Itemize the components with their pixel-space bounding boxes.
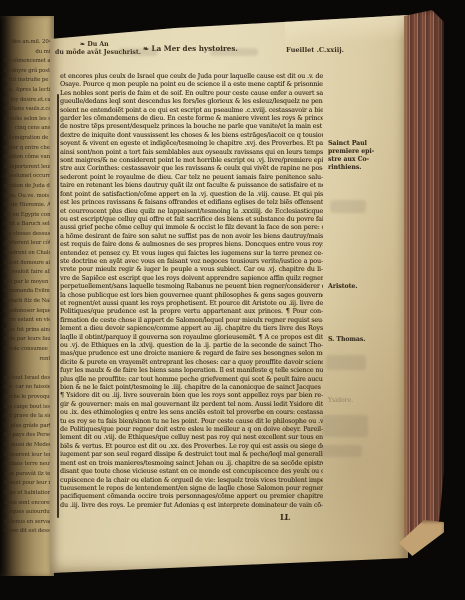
body-text-line: iugement par son seul regard dissipe & d… (60, 451, 323, 459)
main-page: ❧ Du An du mõde avãt Jesuchrist. ❧ La Me… (50, 12, 408, 576)
body-text-line: perpetuellement/sans laquelle tesmoing R… (60, 283, 323, 291)
facing-text-fragment (4, 364, 52, 374)
facing-text-fragment: rent a Baruch selon (4, 220, 52, 230)
body-text-line: stre aux Corinthes: cestassavoir que les… (60, 165, 323, 173)
body-text-line: du .iij. livre des roys. Le premier fut … (60, 502, 323, 510)
facing-text-fragment: ainsi sont encores (4, 499, 52, 509)
margin-note-line: S. Thomas. (328, 336, 384, 344)
facing-text-fragment: lans. Ou.ve. mois le (4, 192, 52, 202)
body-text-line: soient ne entendoiẽt point a ce qui est … (60, 107, 323, 115)
body-text-line: taire en retenant les biens dautruy quãt… (60, 182, 323, 190)
facing-text-fragment: absolumet occurret (4, 172, 52, 182)
book-photo: des an.mil. 204du milen cõmencemet a fut… (0, 0, 465, 600)
facing-text-fragment: rent. (4, 355, 52, 365)
facing-text-fragment: remõis selon les sai. (4, 115, 52, 125)
facing-text-fragment: chodonosor lequel (4, 307, 52, 317)
body-text-line: garder les cõmandemens de dieu. En ceste… (60, 115, 323, 123)
margin-notes: Sainct Paulpremiere epi-stre aux Co-rint… (328, 12, 384, 576)
facing-text-fragment: et aussi de Medee a (4, 441, 52, 451)
facing-text-fragment: noie par leurs faulx (4, 335, 52, 345)
facing-text-fragment: etroie consumee pi. (4, 345, 52, 355)
body-text-line: la chose publicque est lors bien gouvern… (60, 292, 323, 300)
margin-note-line: Sainct Paul (328, 140, 384, 148)
body-text-line: soyent & vivent en egeste et indigẽce/te… (60, 140, 323, 148)
quire-signature: LL (280, 512, 289, 522)
body-text-line: de nostre tẽps present/desquelz princes … (60, 123, 323, 131)
body-text-line: laqlle il obtint/parquoy il gouverna son… (60, 334, 323, 342)
body-text-line: bien & ne le faict point/tesmoing le .ii… (60, 384, 323, 392)
body-text-line: cupiscence de la chair ou elation & orgu… (60, 477, 323, 485)
body-text-line: ou .vj. de Ethiques en la .xlvij. questi… (60, 342, 323, 350)
body-text-line: vre de Sapiẽce est escript que les roys … (60, 275, 323, 283)
facing-text-fragment: re vouloit faire allia (4, 268, 52, 278)
body-text-line: sont maigres/& ne considerent point le m… (60, 157, 323, 165)
facing-text-fragment: re de Hieremie. Apr (4, 201, 52, 211)
body-text-line: lement a dieu devoir sapience/comme appe… (60, 325, 323, 333)
facing-text-fragment: dedans terre neuve (4, 460, 52, 470)
facing-text-fragment: la plus grãde partie (4, 422, 52, 432)
facing-text-fragment: ce doyre grã postes (4, 67, 52, 77)
body-text-line: dicite & purete en vrayemẽt entreprant l… (60, 359, 323, 367)
fore-edge-pages (404, 10, 444, 550)
facing-text-fragment: cinq cens ans. (4, 124, 52, 134)
margin-note: Sainct Paulpremiere epi-stre aux Co-rint… (328, 140, 384, 172)
facing-text-fragment: ple: car no faisoiet (4, 383, 52, 393)
body-text-line: lement dit ou .viij. de Ethiques/que cel… (60, 434, 323, 442)
body-text-line: vrete pour mieulx regir & iuger le peupl… (60, 266, 323, 274)
margin-note-line: Ysidore. (328, 397, 384, 405)
facing-text-fragment: du mil (4, 48, 52, 58)
body-text-line: ¶ Ysidore dit ou .iij. livre souverain b… (60, 392, 323, 400)
facing-text-fragment: laisserent leur terre (4, 451, 52, 461)
facing-text-fragment: pere estant en vie et (4, 316, 52, 326)
body-text-line: gueulle/dedans leql sont descendus les f… (60, 98, 323, 106)
body-text-line: aussi grief peche cõme celluy qui immole… (60, 224, 323, 232)
margin-note: Ysidore. (328, 397, 384, 405)
facing-text-fragment: est grave de la siche (4, 412, 52, 422)
body-text-line: tueusement le repos de lentendement/en s… (60, 485, 323, 493)
running-header-title: ❧ La Mer des hystoires. (143, 44, 238, 53)
facing-text-fragment: que paravãt ilz te. (4, 470, 52, 480)
body-text-line: ste doctrine en ayãt avec vous en faisan… (60, 258, 323, 266)
facing-text-fragment: les choses dessusdi. (4, 230, 52, 240)
body-text-line: Politiques/que prudence est la propre ve… (60, 308, 323, 316)
facing-text-fragment: lite. Apres la lectiõ (4, 86, 52, 96)
body-text-line: a hõme desirant de faire son salut ne su… (60, 233, 323, 241)
facing-text-fragment: fist par le moyen de (4, 278, 52, 288)
facing-text-fragment: porterent leur cõtre (4, 239, 52, 249)
body-text-line: font point de satisfaction/cõme appert e… (60, 191, 323, 199)
facing-text-fragment: peche le provoquoi. (4, 393, 52, 403)
facing-text-fragment: gration de Juda de (4, 182, 52, 192)
margin-note-line: rinthiens. (328, 164, 384, 172)
body-text-line: firmation de ceste chose il appert de Sa… (60, 317, 323, 325)
body-text-line: est requis de faire dons & aulmosnes de … (60, 241, 323, 249)
facing-text-fragment: ma caige bout issoit (4, 403, 52, 413)
facing-text-fragment: uindrent en Chalde (4, 249, 52, 259)
body-text-line: fuyr les maulx & de faire les biens sans… (60, 367, 323, 375)
facing-text-fragment: en cõmencemet a fut (4, 57, 52, 67)
facing-text-fragment: rodach filz de Nabu (4, 297, 52, 307)
gutter-crease (57, 94, 59, 518)
body-text-line: disant que toute chose vicieuse estant e… (60, 468, 323, 476)
body-text-line: Osaye. Pource q mon peuple na point eu d… (60, 81, 323, 89)
body-text-line: et courroucent plus dieu quilz ne lappai… (60, 208, 323, 216)
body-text-line: plus qlle ne prouffite: car tout homme p… (60, 376, 323, 384)
facing-text-fragment: de tout Israel desia (4, 374, 52, 384)
body-text-line: dextre de iniquite dont vaussissent les … (60, 132, 323, 140)
running-header-left-line1: ❧ Du An (80, 41, 109, 48)
facing-text-fragment: uit en Egypte contr (4, 211, 52, 221)
body-text-line: ou est escript/que celluy qui offre et f… (60, 216, 323, 224)
facing-text-fragment: commanda Evilme. (4, 287, 52, 297)
facing-text-fragment: des an.mil. 204 (4, 38, 52, 48)
facing-text-fragment: detenus en servage (4, 518, 52, 528)
facing-text-fragment: fuge et habitation. (4, 489, 52, 499)
facing-text-fragment: noient pour leur re. (4, 479, 52, 489)
facing-page-edge: des an.mil. 204du milen cõmencemet a fut… (0, 16, 54, 576)
facing-text-fragment: noter q entre ches e (4, 144, 52, 154)
body-text-line: gir & gouverner: mais en mal gouvernant … (60, 401, 323, 409)
margin-note: S. Thomas. (328, 336, 384, 344)
facing-text-fragment: veillans vauls.z.ca. (4, 105, 52, 115)
body-text-line: ou .ix. des ethimologies q entre les sen… (60, 409, 323, 417)
facing-text-fragment: iusques auiourduy (4, 508, 52, 518)
body-text: et encores plus ceulx de Israel que ceul… (60, 73, 323, 510)
body-text-line: ment est en trois manieres/tesmoing sain… (60, 460, 323, 468)
body-text-line: est les princes ravissans & faisans offr… (60, 199, 323, 207)
facing-page-text: des an.mil. 204du milen cõmencemet a fut… (4, 38, 52, 537)
body-text-line: et encores plus ceulx de Israel que ceul… (60, 73, 323, 81)
facing-text-fragment: gration cõme vant (4, 153, 52, 163)
body-text-line: entendez et pensez cy. Et vous iuges qui… (60, 250, 323, 258)
facing-text-fragment: trãsporterent leurs (4, 163, 52, 173)
body-text-line: et regnent/et aussi quant les roys proph… (60, 300, 323, 308)
body-text-line: biẽs & vertus. Et pource est dit ou .xx.… (60, 443, 323, 451)
facing-text-fragment: estoit demoure airie (4, 259, 52, 269)
margin-note-line: stre aux Co- (328, 156, 384, 164)
margin-note: Aristote. (328, 283, 384, 291)
body-text-line: tu es roy se tu fais bien/sinon tu ne le… (60, 418, 323, 426)
running-header-left-line2: du mõde avãt Jesuchrist. (55, 49, 141, 56)
body-text-line: de Politiques/que pour regner doit estre… (60, 426, 323, 434)
body-text-line: ainsi sont/non point a tort fais semblab… (60, 149, 323, 157)
body-text-line: Les nobles sont peris de faim et de soif… (60, 90, 323, 98)
body-text-line: sederont point le royaulme de dieu. Car … (60, 174, 323, 182)
facing-text-fragment: la foy desire.et.ca. (4, 96, 52, 106)
facing-text-fragment: come dit est dessus. (4, 527, 52, 537)
facing-text-fragment: puis fut prins ainsi (4, 326, 52, 336)
facing-text-fragment: trãsmigration de la (4, 134, 52, 144)
facing-text-fragment: q fut instruite pe la (4, 76, 52, 86)
margin-note-line: Aristote. (328, 283, 384, 291)
body-text-line: pacifiquement cõmanda occire trois perso… (60, 493, 323, 501)
body-text-line: mas/que prudence est une droicte maniere… (60, 350, 323, 358)
margin-note-line: premiere epi- (328, 148, 384, 156)
facing-text-fragment: du pays des Perses (4, 431, 52, 441)
